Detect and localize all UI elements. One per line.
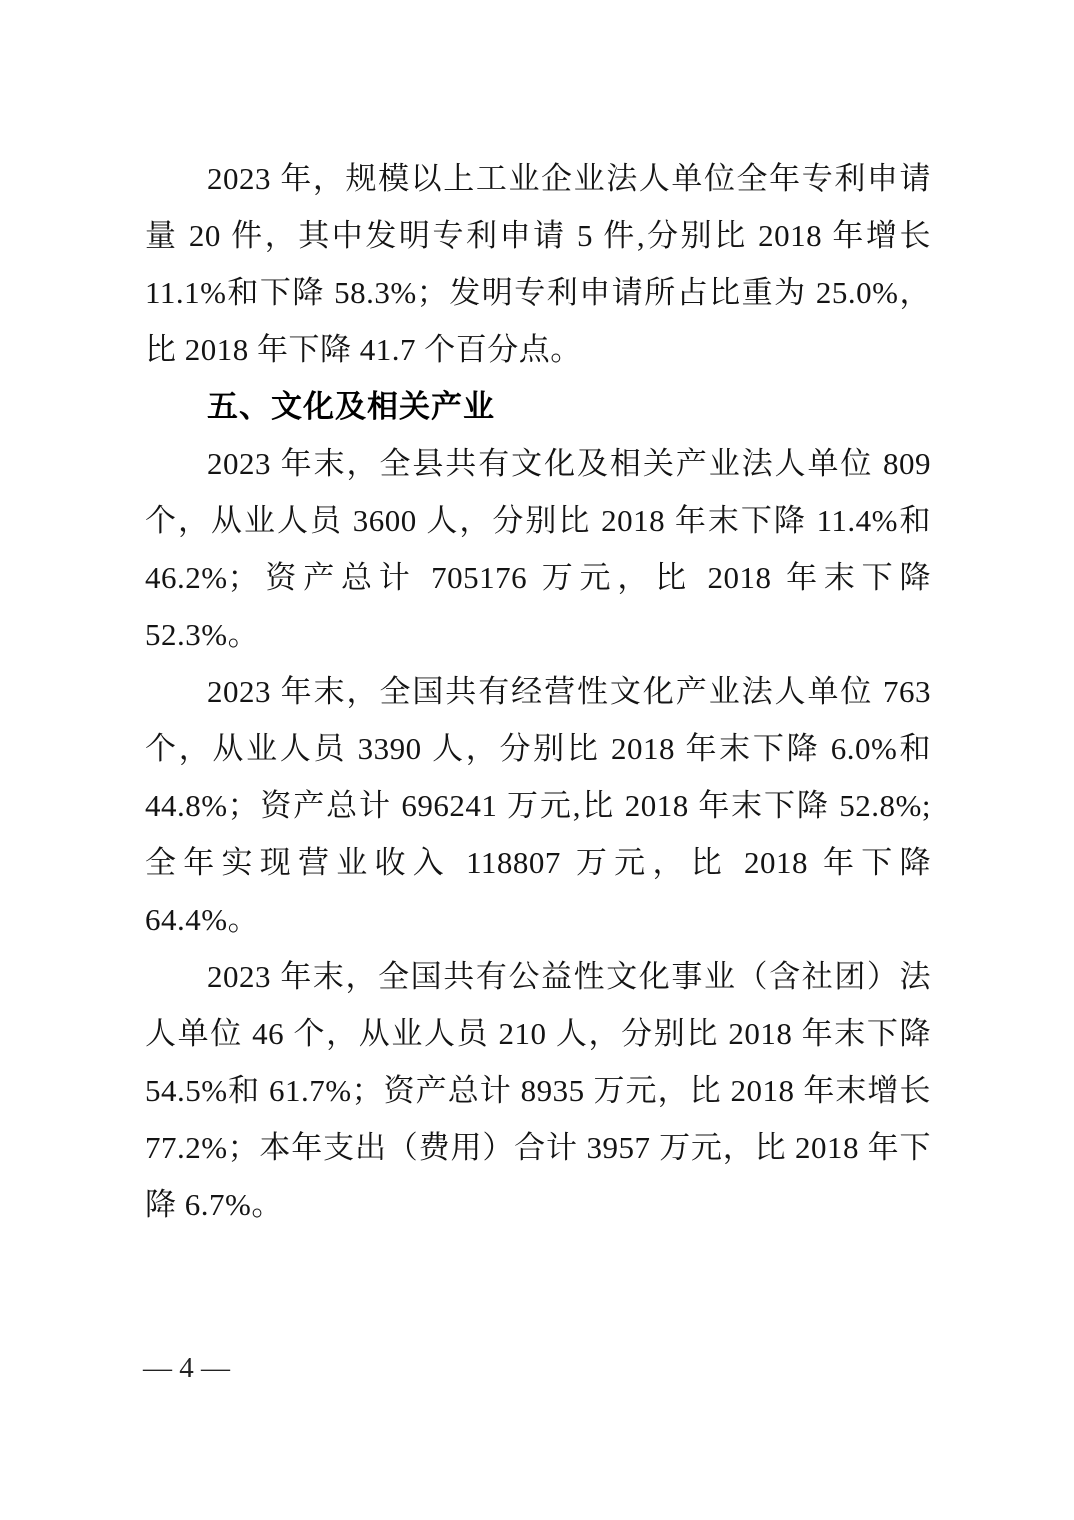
- page-number: — 4 —: [143, 1348, 230, 1388]
- section-heading-culture-industry: 五、文化及相关产业: [145, 378, 931, 435]
- paragraph-commercial-culture-industry: 2023 年末，全国共有经营性文化产业法人单位 763 个，从业人员 3390 …: [145, 663, 931, 948]
- paragraph-patent-statistics: 2023 年，规模以上工业企业法人单位全年专利申请量 20 件，其中发明专利申请…: [145, 150, 931, 378]
- paragraph-public-welfare-culture: 2023 年末，全国共有公益性文化事业（含社团）法人单位 46 个，从业人员 2…: [145, 948, 931, 1233]
- document-page: 2023 年，规模以上工业企业法人单位全年专利申请量 20 件，其中发明专利申请…: [0, 0, 1074, 1520]
- document-body: 2023 年，规模以上工业企业法人单位全年专利申请量 20 件，其中发明专利申请…: [145, 150, 931, 1233]
- paragraph-culture-related-industry: 2023 年末，全县共有文化及相关产业法人单位 809 个，从业人员 3600 …: [145, 435, 931, 663]
